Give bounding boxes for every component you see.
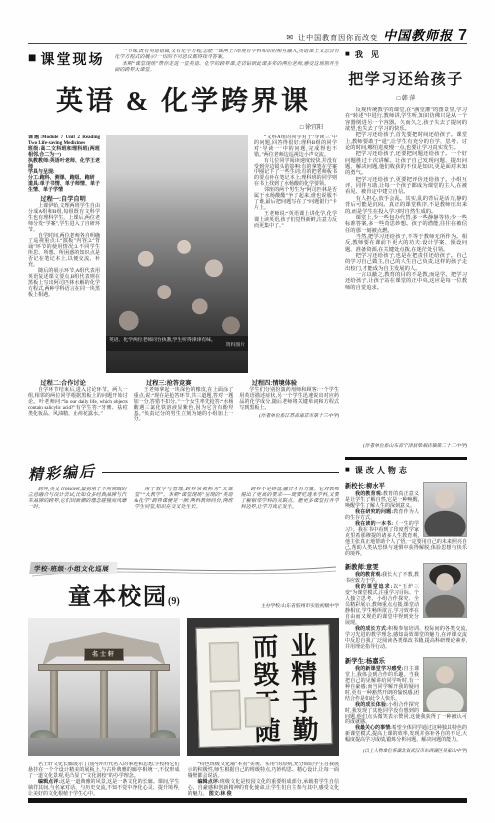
profile-photo bbox=[423, 657, 467, 712]
culture-wall-photo: 业精于勤 而毁于随 bbox=[187, 618, 339, 756]
article-paragraph: 自学时间,两位老师各自明确了巡视重点:1.“演板”内容;2.“背诵”环节的使用情… bbox=[28, 234, 100, 269]
pergola-plaque: 名士轩 bbox=[84, 648, 124, 661]
bottom-bar bbox=[28, 798, 467, 803]
section-label-text: 课堂现场 bbox=[40, 49, 104, 69]
profile-lead: 我在研究的问题: bbox=[355, 510, 393, 515]
profiles-section: ■ 课改人物志 新校长:柳水平 我的教育观:教育的真正意义是让学生了解自然,它是… bbox=[345, 457, 467, 754]
section-title: 过程二:合作讨论 bbox=[28, 381, 128, 387]
author-credit: (作者单位系江苏省南京市第十三中学) bbox=[239, 414, 339, 420]
viewpoint-paragraph: 有人担心,放手会乱。其实,乱的背后是活力,静的背后可能是沉闷。真正的课堂秩序,不… bbox=[345, 196, 467, 215]
article-column: 过程三:抢答竞赛 王老师拿起一块深色的橡皮,在上面涂了重点,说:“现在是抢答环节… bbox=[134, 378, 234, 454]
profile-lead: 我的新课堂学习感受: bbox=[355, 667, 403, 672]
masthead-brand: 中国教师报 bbox=[383, 25, 453, 44]
caption-paragraph: “特色班级文化墙”本着“美观、实用”的原则,充分调动学生自我展示的积极性,师生根… bbox=[188, 762, 340, 780]
profile-lead: 我在读的一本书: bbox=[355, 522, 393, 527]
intro-line: 本期“课堂现场”带你走进一堂英语、化学的跨界课,走访钻研此课多年的两位老师,感受… bbox=[114, 62, 339, 75]
section-label-profiles: ■ 课改人物志 bbox=[345, 465, 467, 476]
postscript-paragraph: 跨界不是拼盘,融合才有力量。它对教师提出了更高的要求——既要吃透本学科,又要了解… bbox=[241, 487, 339, 511]
postscript-rule bbox=[102, 472, 339, 473]
photo-credit-line: 图文:林 俊 bbox=[209, 792, 232, 797]
envelope-icon: ✉ bbox=[286, 33, 293, 42]
culture-photos: 名士轩 业精于勤 而毁于随 bbox=[28, 618, 339, 756]
calligraphy-board: 业精于勤 而毁于随 bbox=[195, 624, 332, 748]
review-paragraph: 编辑点评:班级文化是校园文化的重要组成部分,承载着学生自信心、自豪感和创新精神的… bbox=[188, 780, 340, 798]
article-column: 过程四:情境体验 学生们分别扮演药剂师和顾客:一个学生用英语描述症状,另一个学生… bbox=[239, 378, 339, 454]
calligraphy-text: 而毁于随 bbox=[248, 633, 279, 746]
profile-card: 新教师:意雯 我的教育观:我长大了不教,教书应致力于学。 我的课堂追求:以“玉炉… bbox=[345, 562, 467, 650]
culture-section: 学校·班级·小组文化巡展 童本校园 (9) 主办学校:山东省胶州市实验初级中学 … bbox=[28, 560, 339, 808]
viewpoint-paragraph: 课堂上,少一些包办代替,多一些静静等待;少一些标准答案,多一些奇思妙想。孩子的潜… bbox=[345, 215, 467, 234]
profile-lead: 我的成长方式: bbox=[355, 627, 388, 632]
photo-credit: 资料图片 bbox=[109, 343, 245, 349]
article-band-top: 课题:Module 7 Unit 2 Reading Two Life-savi… bbox=[28, 135, 339, 373]
review-paragraph: 编辑点评:这是一道典雅的风景,这是一条文化的长廊。课间,学生徜徉其间,与名家对话… bbox=[28, 780, 180, 798]
pergola-beam bbox=[38, 664, 170, 671]
section-label-viewpoint: ■ 我 见 bbox=[345, 49, 467, 60]
viewpoint-paragraph: 反观传统教学的课堂,在“满堂灌”的图景里,学习在“转述”中进行,教师讲,学生听,… bbox=[345, 107, 467, 132]
author-credit: (作者单位系山东省宁津县柴胡店镇第二十二中学) bbox=[345, 442, 467, 449]
article-paragraph: 王老师说:“英语课上讲化学,化学课上读英语,孩子们觉得新鲜,注意力反而更集中了。… bbox=[254, 212, 337, 230]
profile-lead: 我的课堂追求: bbox=[355, 585, 392, 590]
classroom-article: ■ 课堂现场 一节课,既有英语语篇,又有化学方程,怎能一课两上?即使有学科知识的… bbox=[28, 49, 339, 539]
article-column-right: “文科A组的同学对于‘导读三’中的问题,回答得很好;理科B组的同学对‘导读一’中… bbox=[254, 135, 337, 373]
viewpoint-paragraph: 把学习还给孩子,首先要把时间还给孩子。课堂上,教师要敢于“退”,让学生有充分的自… bbox=[345, 132, 467, 151]
profile-lead: 我的教育观: bbox=[355, 573, 382, 578]
wall-poster bbox=[244, 697, 271, 728]
article-paragraph: 学生们分别扮演药剂师和顾客:一个学生用英语描述症状,另一个学生迅速说出对应药品的… bbox=[239, 388, 339, 412]
profile-paragraph: 我最关心的事情:希望全体同学通过这种独具特色的新课堂模式,提高上课的效率,发现并… bbox=[345, 726, 467, 744]
article-intro: 一节课,既有英语语篇,又有化学方程,怎能一课两上?即使有学科知识的相互融入,英语… bbox=[114, 49, 339, 76]
viewpoint-title: 把学习还给孩子 bbox=[345, 68, 467, 89]
calligraphy-text: 业精于勤 bbox=[286, 632, 317, 745]
article-column: 过程二:合作讨论 自学环节结束后,进入讨论环节。两人一组,相邻的两位同学根据黑板… bbox=[28, 378, 128, 454]
postscript-logo: 精彩编后 bbox=[27, 460, 96, 485]
section-title: 过程三:抢答竞赛 bbox=[134, 381, 234, 387]
article-band-bottom: 过程二:合作讨论 自学环节结束后,进入讨论环节。两人一组,相邻的两位同学根据黑板… bbox=[28, 378, 339, 454]
masthead-slogan: 让中国教育因你而改变 bbox=[298, 33, 378, 43]
article-paragraph: 自学环节结束后,进入讨论环节。两人一组,相邻的两位同学根据黑板上的问题开始讨论。… bbox=[28, 388, 128, 418]
section-square-icon: ■ bbox=[345, 49, 353, 60]
wall-poster bbox=[209, 642, 240, 683]
profile-card: 新学生:杨嘉乐 我的新课堂学习感受:自主课堂上,我体会到合作的乐趣。当我把自己的… bbox=[345, 656, 467, 744]
wall-poster bbox=[210, 690, 241, 731]
profile-text: 自主课堂上,我体会到合作的乐趣。当我把自己的见解讲给同学听时,有一种自豪感;而当… bbox=[345, 667, 419, 702]
pergola-pillar bbox=[50, 671, 58, 741]
viewpoint-paragraph: 把学习还给孩子,更要把评价还给孩子。小组互评、同伴互助,让每一个孩子都成为课堂的… bbox=[345, 177, 467, 196]
pergola-photo: 名士轩 bbox=[28, 618, 180, 756]
profile-lead: 我的教育观: bbox=[355, 492, 383, 497]
article-byline: □ 徐宜阳 bbox=[28, 122, 339, 131]
ground bbox=[28, 738, 180, 756]
intro-line: 一节课,既有英语语篇,又有化学方程,怎能一课两上?即使有学科知识的相互融入,英语… bbox=[114, 49, 339, 62]
culture-banner: 学校·班级·小组文化巡展 bbox=[28, 560, 339, 578]
classroom-photo: 英语、化学两位老师同台执教,学生听得津津有味。 资料图片 bbox=[106, 135, 248, 373]
postscript-paragraph: 用于教学与管理,跨界常被称为“大课堂”“大教学”。本期“课堂现场”呈现的“英语&… bbox=[134, 487, 232, 511]
section-square-icon: ■ bbox=[28, 51, 38, 67]
viewpoint-paragraph: 把学习还给孩子,还要把问题还给孩子。一个好问题胜过十次讲解。让孩子自己发现问题、… bbox=[345, 151, 467, 176]
postscript-paragraph: 跨界,英文 crossover,最初用于不同领域的立意融合与设计尝试,比如众多经… bbox=[28, 487, 126, 511]
info-line: 道具:单子书情、单子师情、单子生情、单子学情 bbox=[28, 182, 100, 194]
masthead-rule bbox=[28, 43, 467, 44]
info-line: 课题:Module 7 Unit 2 Reading Two Life-savi… bbox=[28, 135, 100, 147]
culture-title: 童本校园 bbox=[68, 578, 168, 611]
photo-caption-text: 英语、化学两位老师同台执教,学生听得津津有味。 bbox=[109, 338, 216, 343]
review-lead: 编辑点评: bbox=[198, 780, 220, 785]
viewpoint-paragraph: 当然,把学习还给孩子,不等于教师无所作为。相反,教师要在课前下更大的功夫:设计学… bbox=[345, 234, 467, 253]
section-square-icon: ■ bbox=[345, 465, 353, 476]
section-label-text: 我 见 bbox=[355, 49, 382, 60]
info-line: 班级:高二文科班和理科班(两班相邻,合二为一) bbox=[28, 147, 100, 159]
culture-host-school: 主办学校:山东省胶州市实验初级中学 bbox=[261, 602, 339, 609]
profile-paragraph: 我的成长方式:积极参加培训、校际间的各类交流,学习先进的教学理念,感知高效课堂的… bbox=[345, 627, 467, 651]
article-paragraph: 随后的展示环节,A组代表用英语复述课文要点,B组代表则在黑板上写出阿司匹林水解的… bbox=[28, 269, 100, 299]
profiles-credit: (以上人物单位系湖北省武汉市东西湖区吴家山中学) bbox=[345, 748, 467, 754]
postscript-note: 跨界,英文 crossover,最初用于不同领域的立意融合与设计尝试,比如众多经… bbox=[28, 487, 339, 539]
postscript-header: 精彩编后 bbox=[28, 460, 339, 484]
viewpoint-paragraph: 一言以蔽之,教育的目的不是教,而是学。把学习还给孩子,让孩子站在课堂的正中央,这… bbox=[345, 272, 467, 291]
profile-photo bbox=[423, 482, 467, 537]
article-paragraph: “文科A组的同学对于‘导读三’中的问题,回答得很好;理科B组的同学对‘导读一’中… bbox=[254, 135, 337, 159]
section-label-text: 课改人物志 bbox=[355, 465, 410, 476]
caption-paragraph: 名士轩文化长廊展示了国内外历代名人的事迹和思想,学校将它们悬挂在一个个设计精美的… bbox=[28, 762, 180, 780]
article-paragraph: 上课伊始,文理两班学生自由分成A组和B组,每组既有文科学生也有理科学生。上课后,… bbox=[28, 204, 100, 234]
section-title: 过程四:情境体验 bbox=[239, 381, 339, 387]
culture-issue-number: (9) bbox=[168, 596, 180, 607]
profile-text: 以“玉炉三变”为课堂模式,注重学习目标、个人独立思考、小组合作探究、全员精彩展示… bbox=[345, 585, 419, 626]
profile-lead: 我的成长体验: bbox=[355, 703, 388, 708]
profile-card: 新校长:柳水平 我的教育观:教育的真正意义是让学生了解自然,它是一种唤醒,唤醒学… bbox=[345, 481, 467, 557]
newspaper-page: ✉ 让中国教育因你而改变 中国教师报 7 ■ 课堂现场 一节课,既有英语语篇,又… bbox=[0, 0, 495, 823]
pergola-pillar bbox=[100, 671, 108, 741]
section-title: 过程一:自学自明 bbox=[28, 197, 100, 203]
article-paragraph: 邻座的两个男生为“阿司匹林是否属于水杨酸酯”争了起来,谁也说服不了谁,最后把问题… bbox=[254, 188, 337, 212]
photo-caption: 英语、化学两位老师同台执教,学生听得津津有味。 资料图片 bbox=[106, 336, 248, 351]
info-line: 执教教师:英语叶老师、化学王老师 bbox=[28, 159, 100, 171]
profile-lead: 我最关心的事情: bbox=[355, 726, 392, 731]
viewpoint-paragraph: 把学习还给孩子,也是在把责任还给孩子。自己的学习自己做主,自己的人生自己负责,这… bbox=[345, 253, 467, 272]
profile-photo bbox=[423, 563, 467, 618]
masthead: ✉ 让中国教育因你而改变 中国教师报 7 bbox=[28, 25, 467, 45]
viewpoint-byline: □ 韩 萍 bbox=[345, 93, 467, 102]
culture-banner-label: 学校·班级·小组文化巡展 bbox=[29, 562, 118, 574]
right-column: ■ 我 见 把学习还给孩子 □ 韩 萍 反观传统教学的课堂,在“满堂灌”的图景里… bbox=[345, 49, 467, 754]
section-label-classroom: ■ 课堂现场 bbox=[28, 49, 104, 69]
article-column-left: 课题:Module 7 Unit 2 Reading Two Life-savi… bbox=[28, 135, 100, 373]
review-lead: 编辑点评: bbox=[38, 780, 60, 785]
article-paragraph: 有几位同学阅读速度较快,并没有受到旁边镜头的影响:有的拿笔在学案中圈记下了一些生… bbox=[254, 159, 337, 189]
lesson-info-block: 课题:Module 7 Unit 2 Reading Two Life-savi… bbox=[28, 135, 100, 194]
main-headline: 英语 & 化学跨界课 bbox=[28, 79, 339, 118]
viewpoint-body: 反观传统教学的课堂,在“满堂灌”的图景里,学习在“转述”中进行,教师讲,学生听,… bbox=[345, 107, 467, 439]
article-paragraph: 王老师拿起一块深色的橡皮,在上面涂了重点,说:“现在是抢答环节,共三道题,答对一… bbox=[134, 388, 234, 423]
